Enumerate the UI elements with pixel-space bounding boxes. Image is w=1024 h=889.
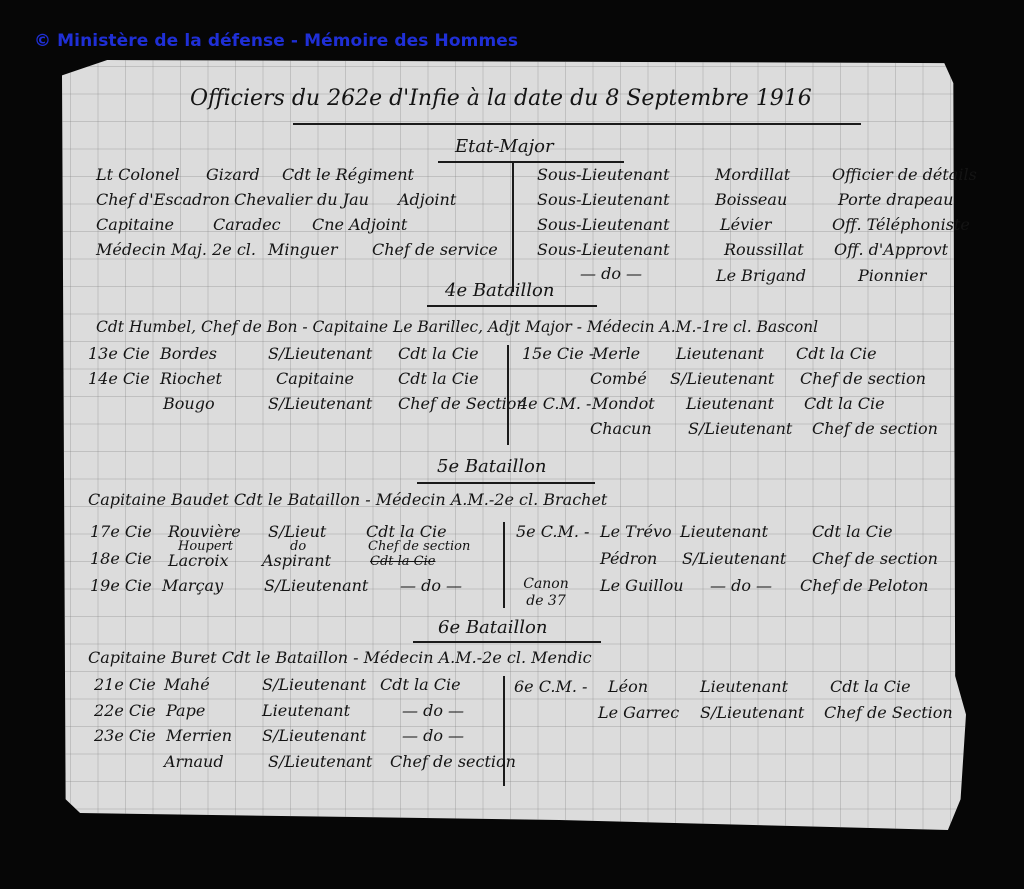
section-heading-etat-major: Etat-Major	[455, 138, 554, 156]
entry-unit: 15e Cie -	[522, 346, 594, 362]
entry-role: Chef de section	[812, 421, 938, 437]
entry-rank: Lieutenant	[680, 524, 768, 540]
entry-role: Officier de détails	[832, 167, 977, 183]
entry-rank: Sous-Lieutenant	[537, 242, 670, 258]
entry-rank: Sous-Lieutenant	[537, 217, 670, 233]
entry-role: Cdt la Cie	[398, 371, 479, 387]
entry-rank: S/Lieutenant	[688, 421, 792, 437]
entry-name: Marçay	[162, 578, 223, 594]
entry-name: Arnaud	[164, 754, 224, 770]
entry-rank: Sous-Lieutenant	[537, 167, 670, 183]
entry-rank: S/Lieutenant	[268, 346, 372, 362]
entry-role: Porte drapeau	[838, 192, 953, 208]
entry-rank: Lieutenant	[262, 703, 350, 719]
entry-name: Le Trévo	[600, 524, 672, 540]
entry-rank: S/Lieutenant	[700, 705, 804, 721]
entry-name: Roussillat	[724, 242, 804, 258]
column-divider	[512, 162, 514, 292]
entry-rank: S/Lieutenant	[268, 396, 372, 412]
entry-unit: 23e Cie	[94, 728, 156, 744]
entry-name: Le Guillou	[600, 578, 684, 594]
entry-role: Cdt la Cie	[804, 396, 885, 412]
entry-role: — do —	[402, 703, 464, 719]
entry-name: Lévier	[720, 217, 771, 233]
entry-rank: S/Lieutenant	[262, 728, 366, 744]
entry-name: Pédron	[600, 551, 657, 567]
entry-role: Adjoint	[398, 192, 456, 208]
entry-rank: — do —	[580, 266, 642, 282]
entry-unit: 4e C.M. -	[518, 396, 591, 412]
section-underline	[413, 641, 601, 643]
entry-name: Lacroix	[168, 553, 229, 569]
entry-role-struck: Cdt la Cie	[370, 555, 435, 568]
title-underline	[293, 123, 861, 125]
entry-rank: Aspirant	[262, 553, 331, 569]
section-heading-5e-bataillon: 5e Bataillon	[437, 458, 546, 476]
entry-name: Léon	[608, 679, 648, 695]
entry-name: Mondot	[592, 396, 655, 412]
entry-name: Combé	[590, 371, 647, 387]
entry-name: Mordillat	[715, 167, 790, 183]
section-heading-4e-bataillon: 4e Bataillon	[445, 282, 554, 300]
entry-rank: S/Lieutenant	[264, 578, 368, 594]
entry-role: Cdt la Cie	[380, 677, 461, 693]
entry-unit: 5e C.M. -	[516, 524, 589, 540]
entry-role: Off. d'Approvt	[834, 242, 948, 258]
entry-unit: 17e Cie	[90, 524, 152, 540]
entry-role: Cdt la Cie	[366, 524, 447, 540]
column-divider	[503, 522, 505, 608]
entry-role: — do —	[402, 728, 464, 744]
entry-name: Bordes	[160, 346, 217, 362]
entry-rank: Lieutenant	[676, 346, 764, 362]
entry-role: Off. Téléphoniste	[832, 217, 970, 233]
entry-rank: Lieutenant	[686, 396, 774, 412]
entry-rank: S/Lieutenant	[682, 551, 786, 567]
role-correction: Chef de section	[368, 540, 470, 553]
entry-rank: Lieutenant	[700, 679, 788, 695]
entry-name: Boisseau	[715, 192, 787, 208]
entry-name: Mahé	[164, 677, 210, 693]
entry-role: Chef de Section	[824, 705, 953, 721]
entry-role: — do —	[400, 578, 462, 594]
entry-rank: — do —	[710, 578, 772, 594]
entry-name: Minguer	[268, 242, 337, 258]
entry-role: Cdt le Régiment	[282, 167, 414, 183]
entry-name: Riochet	[160, 371, 222, 387]
entry-name: Bougo	[163, 396, 215, 412]
entry-rank: Chef d'Escadron	[96, 192, 230, 208]
entry-role: Cdt la Cie	[398, 346, 479, 362]
entry-unit: 21e Cie	[94, 677, 156, 693]
entry-rank: Capitaine	[276, 371, 354, 387]
entry-unit: 22e Cie	[94, 703, 156, 719]
section-heading-6e-bataillon: 6e Bataillon	[438, 619, 547, 637]
entry-rank: Médecin Maj. 2e cl.	[96, 242, 256, 258]
entry-role: Chef de section	[800, 371, 926, 387]
entry-role: Cne Adjoint	[312, 217, 407, 233]
entry-rank: S/Lieutenant	[262, 677, 366, 693]
entry-name: Caradec	[213, 217, 281, 233]
entry-name: Chacun	[590, 421, 652, 437]
section-underline	[427, 305, 597, 307]
entry-name: Rouvière	[168, 524, 241, 540]
entry-role: Chef de section	[390, 754, 516, 770]
entry-unit: 14e Cie	[88, 371, 150, 387]
entry-name: Merle	[592, 346, 640, 362]
entry-rank: Capitaine	[96, 217, 174, 233]
entry-unit: 13e Cie	[88, 346, 150, 362]
entry-role: Pionnier	[858, 268, 926, 284]
entry-name: Le Brigand	[716, 268, 806, 284]
entry-role: Cdt la Cie	[796, 346, 877, 362]
section-underline	[417, 482, 595, 484]
entry-unit: 19e Cie	[90, 578, 152, 594]
entry-role: Chef de Peloton	[800, 578, 928, 594]
entry-unit: Canon de 37	[516, 576, 576, 610]
entry-unit: 6e C.M. -	[514, 679, 587, 695]
entry-rank: S/Lieut	[268, 524, 326, 540]
entry-role: Cdt la Cie	[812, 524, 893, 540]
command-line: Capitaine Baudet Cdt le Bataillon - Méde…	[88, 492, 607, 508]
entry-role: Chef de service	[372, 242, 498, 258]
entry-role: Chef de Section	[398, 396, 527, 412]
entry-name: Gizard	[206, 167, 260, 183]
copyright-watermark: © Ministère de la défense - Mémoire des …	[34, 31, 518, 51]
entry-rank: Lt Colonel	[96, 167, 180, 183]
entry-name: Chevalier du Jau	[234, 192, 369, 208]
entry-unit: 18e Cie	[90, 551, 152, 567]
section-underline	[438, 161, 624, 163]
entry-role: Chef de section	[812, 551, 938, 567]
entry-rank: S/Lieutenant	[670, 371, 774, 387]
entry-name: Pape	[166, 703, 205, 719]
command-line: Capitaine Buret Cdt le Bataillon - Médec…	[88, 650, 592, 666]
entry-rank: Sous-Lieutenant	[537, 192, 670, 208]
entry-rank: S/Lieutenant	[268, 754, 372, 770]
entry-name: Merrien	[166, 728, 232, 744]
document-title: Officiers du 262e d'Infie à la date du 8…	[190, 88, 812, 110]
entry-role: Cdt la Cie	[830, 679, 911, 695]
entry-name: Le Garrec	[598, 705, 679, 721]
command-line: Cdt Humbel, Chef de Bon - Capitaine Le B…	[96, 320, 818, 336]
